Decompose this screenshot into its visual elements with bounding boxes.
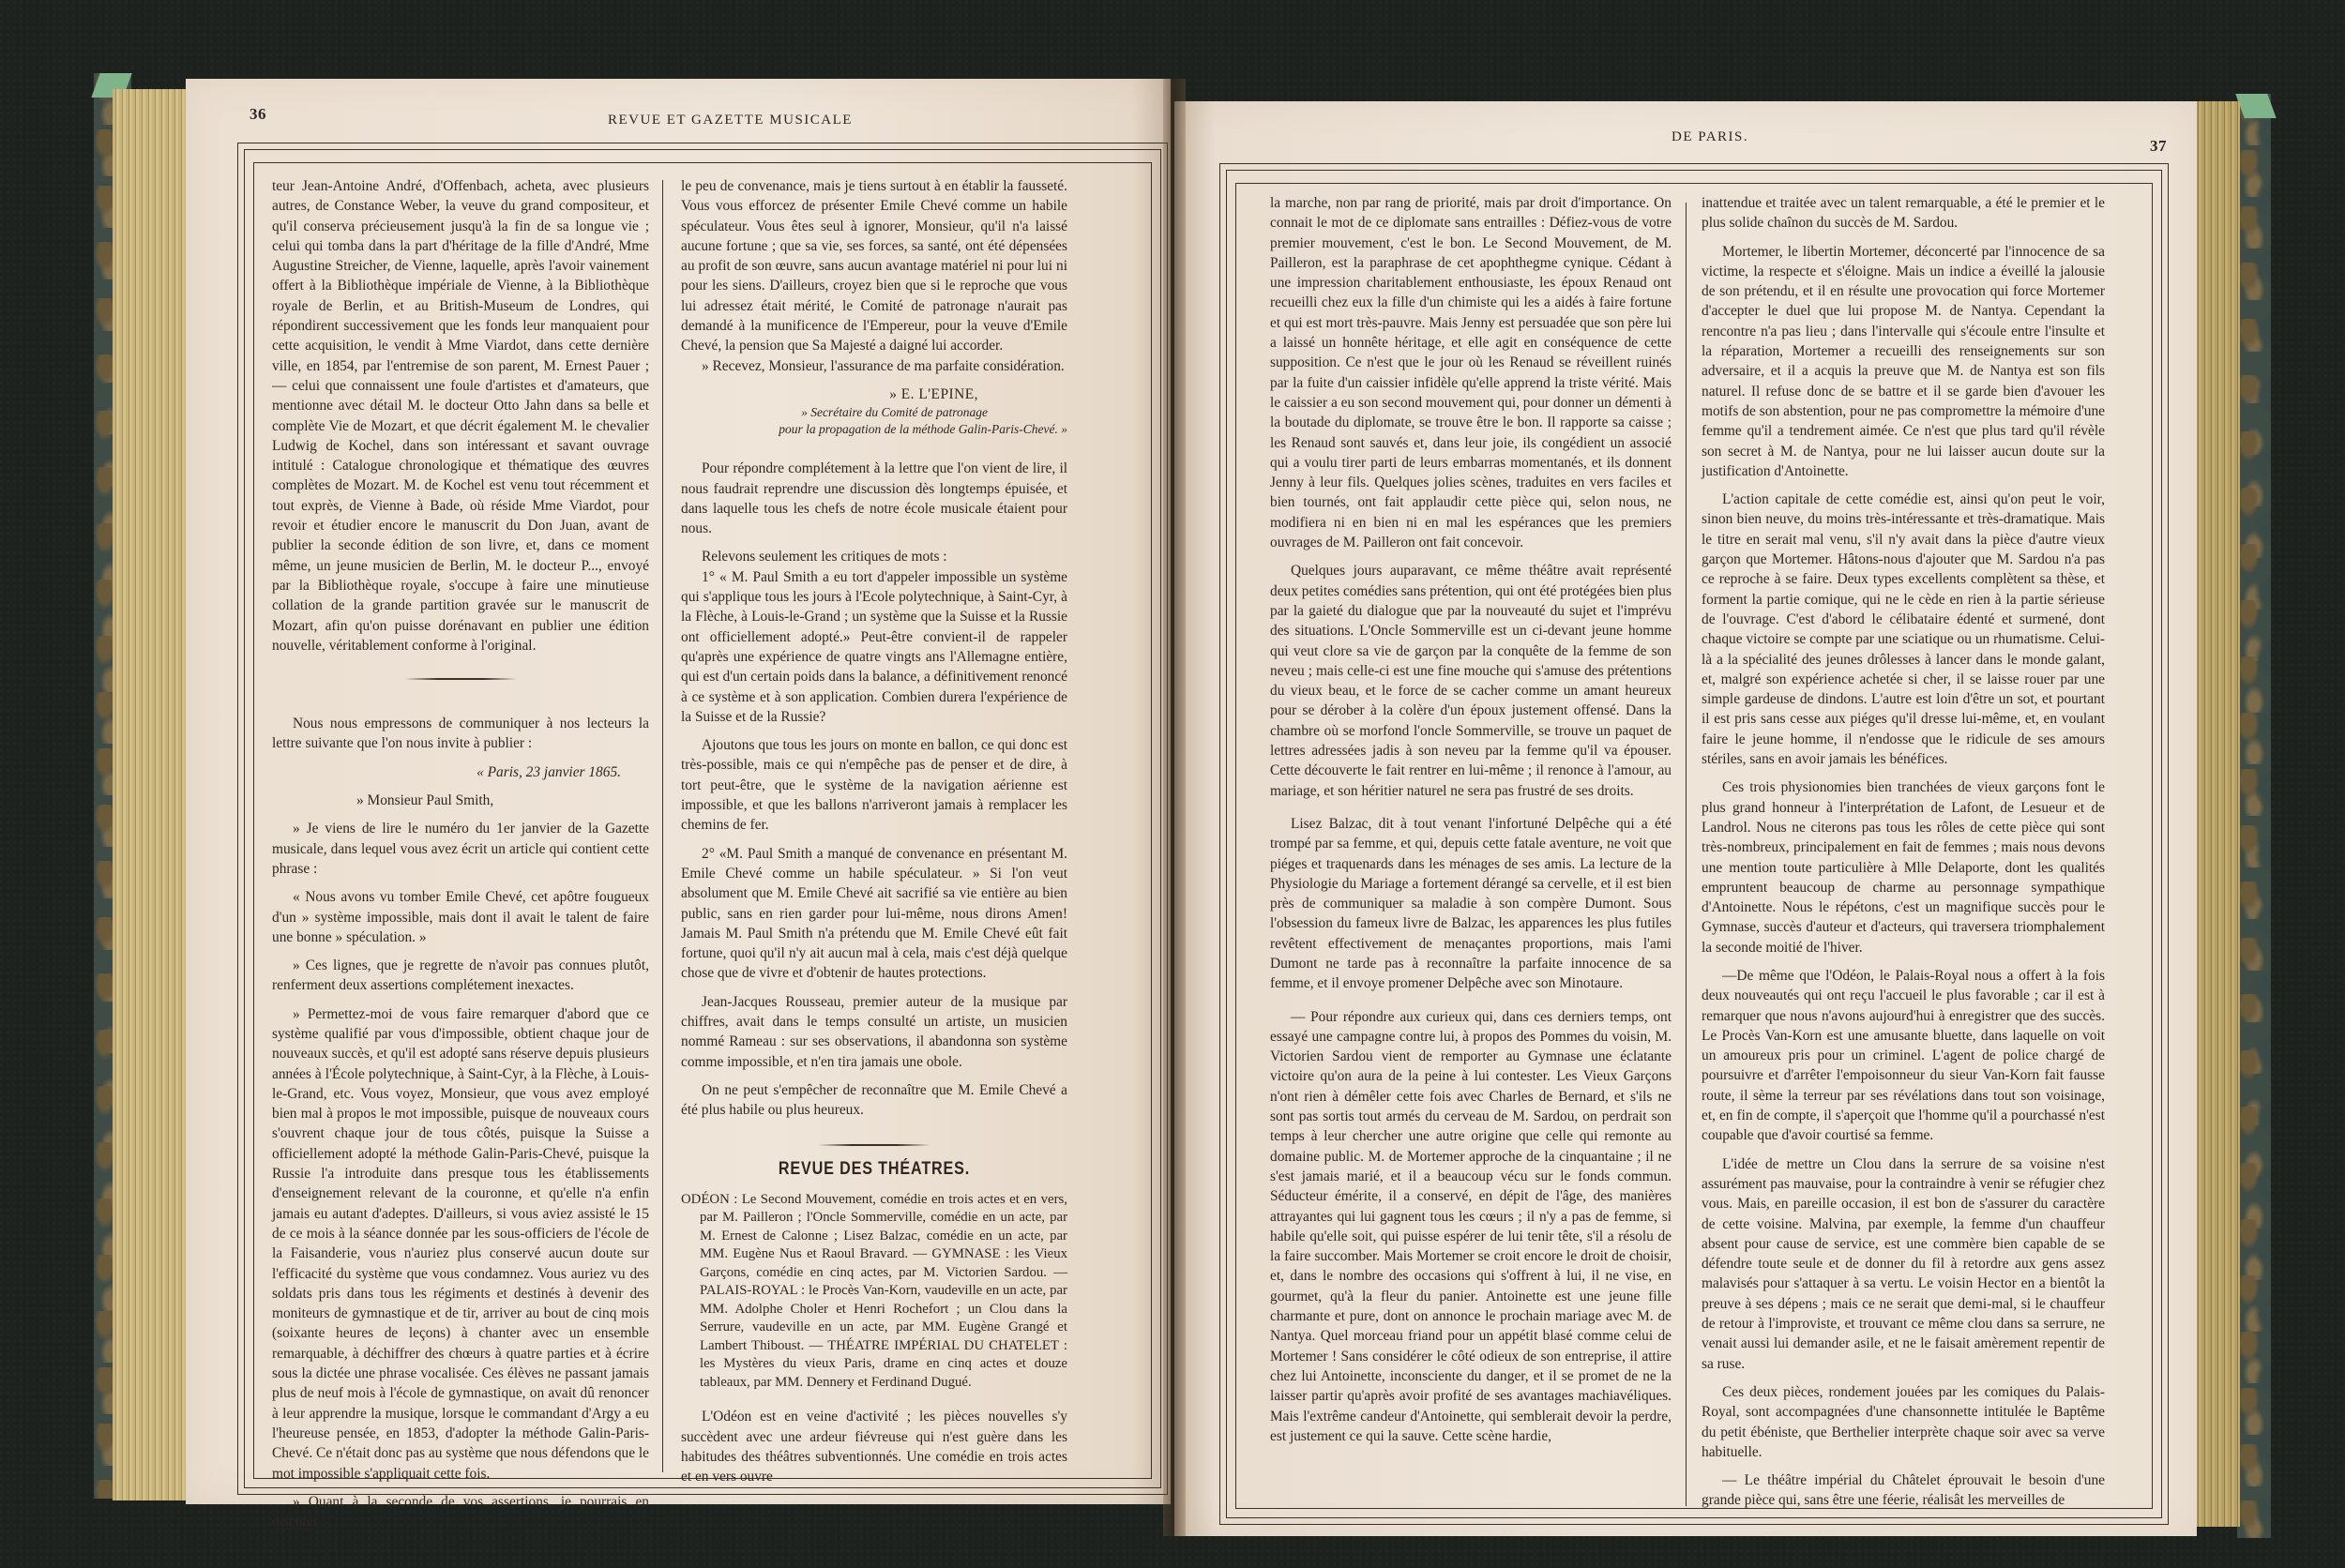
paragraph: —De même que l'Odéon, le Palais-Royal no…: [1702, 966, 2105, 1146]
paragraph: 1° « M. Paul Smith a eu tort d'appeler i…: [681, 567, 1067, 727]
left-page-stack: [113, 89, 188, 1500]
column-rule: [1686, 203, 1687, 1506]
left-page-column-1: teur Jean-Antoine André, d'Offenbach, ac…: [272, 176, 649, 1531]
paragraph: On ne peut s'empêcher de reconnaître que…: [681, 1080, 1067, 1121]
signature-title: pour la propagation de la méthode Galin-…: [681, 421, 1067, 438]
letter-closing: » Recevez, Monsieur, l'assurance de ma p…: [681, 356, 1067, 376]
right-page-column-2: inattendue et traitée avec un talent rem…: [1702, 193, 2105, 1511]
running-head: REVUE ET GAZETTE MUSICALE: [608, 113, 853, 128]
book-gutter: [1163, 79, 1186, 1536]
right-page-column-1: la marche, non par rang de priorité, mai…: [1270, 193, 1672, 1446]
paragraph: » Je viens de lire le numéro du 1er janv…: [272, 819, 649, 879]
section-title: REVUE DES THÉATRES.: [710, 1159, 1038, 1179]
running-head: DE PARIS.: [1672, 129, 1748, 145]
paragraph: » Quant à la seconde de vos assertions, …: [272, 1492, 649, 1532]
paragraph: Nous nous empressons de communiquer à no…: [272, 714, 649, 754]
paragraph: la marche, non par rang de priorité, mai…: [1270, 193, 1672, 552]
signature-title: » Secrétaire du Comité de patronage: [681, 404, 1067, 421]
paragraph: Pour répondre complétement à la lettre q…: [681, 459, 1067, 538]
paragraph: Mortemer, le libertin Mortemer, déconcer…: [1702, 242, 2105, 482]
paragraph: L'Odéon est en veine d'activité ; les pi…: [681, 1407, 1067, 1486]
page-number: 37: [2150, 137, 2167, 156]
column-rule: [662, 180, 663, 1472]
paragraph: Jean-Jacques Rousseau, premier auteur de…: [681, 992, 1067, 1072]
right-page: DE PARIS. 37 la marche, non par rang de …: [1174, 101, 2197, 1536]
paragraph: Lisez Balzac, dit à tout venant l'infort…: [1270, 814, 1672, 994]
right-page-stack: [2195, 101, 2240, 1527]
paragraph: L'idée de mettre un Clou dans la serrure…: [1702, 1154, 2105, 1374]
right-cover-edge: [2237, 94, 2271, 1538]
page-number: 36: [250, 105, 266, 124]
paragraph: Ces trois physionomies bien tranchées de…: [1702, 777, 2105, 957]
paragraph: » Permettez-moi de vous faire remarquer …: [272, 1004, 649, 1484]
paragraph: le peu de convenance, mais je tiens surt…: [681, 176, 1067, 356]
left-page: 36 REVUE ET GAZETTE MUSICALE teur Jean-A…: [186, 79, 1171, 1504]
paragraph: Relevons seulement les critiques de mots…: [681, 547, 1067, 566]
paragraph: inattendue et traitée avec un talent rem…: [1702, 193, 2105, 234]
theatre-listing: ODÉON : Le Second Mouvement, comédie en …: [681, 1191, 1067, 1393]
paragraph: Quelques jours auparavant, ce même théât…: [1270, 561, 1672, 801]
letter-signature: » E. L'EPINE,: [681, 384, 1067, 404]
paragraph: teur Jean-Antoine André, d'Offenbach, ac…: [272, 176, 649, 656]
letter-salutation: » Monsieur Paul Smith,: [272, 791, 649, 810]
paragraph: — Pour répondre aux curieux qui, dans ce…: [1270, 1007, 1672, 1447]
paragraph: » Ces lignes, que je regrette de n'avoir…: [272, 956, 649, 996]
section-separator: [404, 678, 517, 680]
left-page-column-2: le peu de convenance, mais je tiens surt…: [681, 176, 1067, 1486]
letter-dateline: « Paris, 23 janvier 1865.: [272, 762, 649, 782]
paragraph: L'action capitale de cette comédie est, …: [1702, 490, 2105, 769]
paragraph: Ajoutons que tous les jours on monte en …: [681, 735, 1067, 835]
paragraph: 2° «M. Paul Smith a manqué de convenance…: [681, 844, 1067, 984]
paragraph: — Le théâtre impérial du Châtelet éprouv…: [1702, 1470, 2105, 1511]
section-separator: [818, 1144, 930, 1146]
paragraph: Ces deux pièces, rondement jouées par le…: [1702, 1382, 2105, 1462]
quoted-phrase: « Nous avons vu tomber Emile Chevé, cet …: [272, 887, 649, 947]
